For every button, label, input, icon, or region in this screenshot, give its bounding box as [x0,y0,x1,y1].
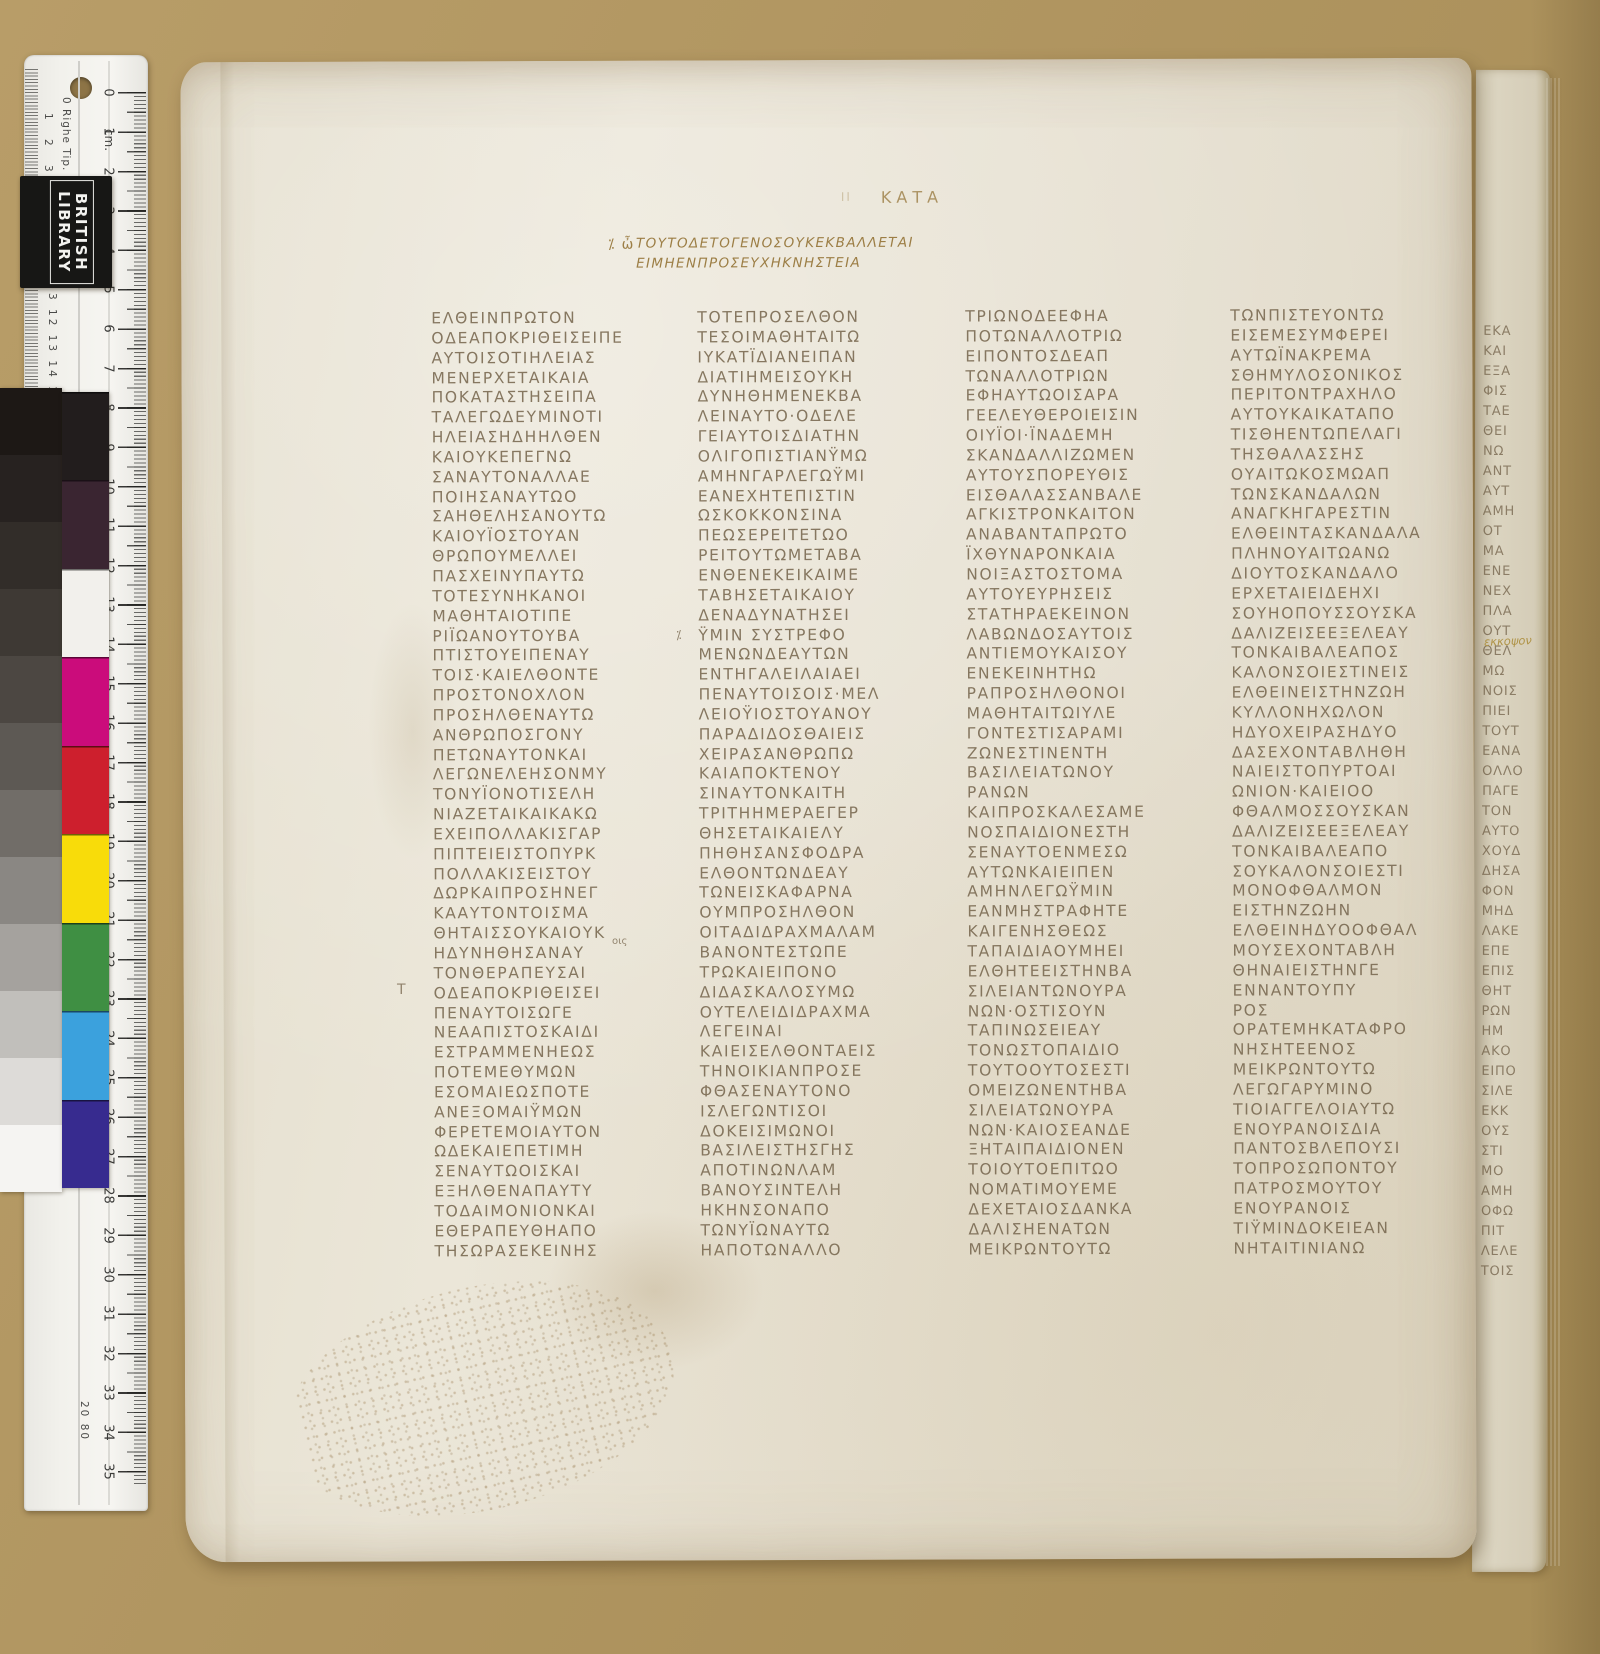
text-line: ΠΑΤΡΟΣΜΟΥΤΟΥ [1233,1179,1473,1200]
text-line: ΔΕΝΑΔΥΝΑΤΗΣΕΙ [698,605,938,626]
label-line-library: LIBRARY [55,191,72,273]
text-line: ΑΠΟΤΙΝΩΝΛΑΜ [700,1161,940,1182]
text-line: ΤΟΤΕΣΥΝΗΚΑΝΟΙ [432,586,672,607]
text-line: ΟΙΤΑΔΙΔΡΑΧΜΑΛΑΜ [699,923,939,944]
text-line: ΝΩΝ·ΟΣΤΙΣΟΥΝ [968,1001,1208,1022]
text-line: ΠΕΩΣΕΡΕΙΤΕΤΩΟ [698,526,938,547]
text-line: ΕΙΣΕΜΕΣΥΜΦΕΡΕΙ [1230,326,1470,347]
text-line: ΡΑΠΡΟΣΗΛΘΟΝΟΙ [967,684,1207,705]
ruler-cm-number: 34 [101,1416,116,1448]
edge-text-fragment: ΕΠΕ [1482,942,1544,962]
text-line: ΑΜΗΝΛΕΓΩΫΜΙΝ [967,882,1207,903]
text-line: ΜΟΥΣΕΧΟΝΤΑΒΛΗ [1232,941,1472,962]
text-line: ΕΙΣΤΗΝΖΩΗΝ [1232,901,1472,922]
text-line: ΓΕΙΑΥΤΟΙΣΔΙΑΤΗΝ [698,427,938,448]
text-line: ΤΟΝΘΕΡΑΠΕΥΣΑΙ [434,963,674,984]
text-line: ΑΓΚΙΣΤΡΟΝΚΑΙΤΟΝ [966,505,1206,526]
text-line: ΕΙΣΘΑΛΑΣΣΑΝΒΑΛΕ [966,485,1206,506]
text-line: ΣΙΛΕΙΑΤΩΝΟΥΡΑ [968,1100,1208,1121]
text-line: ΑΥΤΟΥΣΠΟΡΕΥΘΙΣ [966,465,1206,486]
edge-text-fragment: ΦΟΝ [1482,882,1544,902]
text-line: ΤΩΝΑΛΛΟΤΡΙΩΝ [965,366,1205,387]
text-line: ΛΑΒΩΝΔΟΣΑΥΤΟΙΣ [966,624,1206,645]
text-line: ΑΝΑΓΚΗΓΑΡΕΣΤΙΝ [1231,504,1471,525]
text-line: ΜΑΘΗΤΑΙΟΤΙΠΕ [432,606,672,627]
text-column-4: ΤΩΝΠΙΣΤΕΥΟΝΤΩΕΙΣΕΜΕΣΥΜΦΕΡΕΙΑΥΤΩΪΝΑΚΡΕΜΑΣ… [1230,306,1473,1259]
text-line: ΤΙΫΜΙΝΔΟΚΕΙΕΑΝ [1233,1219,1473,1240]
text-line: ΘΡΩΠΟΥΜΕΛΛΕΙ [432,547,672,568]
ruler-unit-label: cm. [102,129,116,151]
text-line: ΕΛΘΕΙΝΕΙΣΤΗΝΖΩΗ [1232,683,1472,704]
edge-text-fragment: ΔΗΣΑ [1482,862,1544,882]
running-title: ΚΑΤΑ [881,188,943,207]
text-line: ΕΛΘΟΝΤΩΝΔΕΑΥ [699,863,939,884]
edge-text-fragment: ΜΑ [1483,542,1545,562]
edge-text-fragment: ΕΑΝΑ [1482,742,1544,762]
text-line: ΚΑΙΓΕΝΗΣΘΕΩΣ [967,922,1207,943]
text-line: ΔΙΟΥΤΟΣΚΑΝΔΑΛΟ [1231,564,1471,585]
marginal-mark: οις [612,936,627,947]
ruler-side-numbers-bottom: 20 80 [78,1401,90,1441]
text-line: ΑΜΗΝΓΑΡΛΕΓΩΫΜΙ [698,466,938,487]
text-line: ΠΕΤΩΝΑΥΤΟΝΚΑΙ [433,745,673,766]
text-line: ΔΙΑΤΙΗΜΕΙΣΟΥΚΗ [697,367,937,388]
text-line: ΝΟΜΑΤΙΜΟΥΕΜΕ [968,1180,1208,1201]
text-line: ΕΧΕΙΠΟΛΛΑΚΙΣΓΑΡ [433,824,673,845]
rubric-line-1: ΤΟΥΤΟΔΕΤΟΓΕΝΟΣΟΥΚΕΚΒΑΛΛΕΤΑΙ [636,233,914,254]
text-line: ΤΗΝΟΙΚΙΑΝΠΡΟΣΕ [700,1062,940,1083]
text-line: ΝΙΑΖΕΤΑΙΚΑΙΚΑΚΩ [433,805,673,826]
manuscript-page: ΙΙ ΚΑΤΑ ⁒ ὦ ΤΟΥΤΟΔΕΤΟΓΕΝΟΣΟΥΚΕΚΒΑΛΛΕΤΑΙ … [180,58,1476,1562]
text-line: ΕΡΧΕΤΑΙΕΙΔΕΗΧΙ [1231,584,1471,605]
edge-text-fragment: ΤΟΝ [1482,802,1544,822]
edge-text-fragment: ΑΝΤ [1483,462,1545,482]
text-line: ΓΟΝΤΕΣΤΙΣΑΡΑΜΙ [967,723,1207,744]
under-page-text-fragments: ΕΚΑΚΑΙΕΞΑΦΙΣΤΑΕΘΕΙΝΩΑΝΤΑΥΤΑΜΗΟΤΜΑΕΝΕΝΕΧΠ… [1481,322,1546,1282]
text-line: ΑΝΕΞΟΜΑΙΫΜΩΝ [434,1102,674,1123]
color-patch [62,1011,109,1099]
text-line: ΔΥΝΗΘΗΜΕΝΕΚΒΑ [698,387,938,408]
text-line: ΟΥΑΙΤΩΚΟΣΜΩΑΠ [1231,465,1471,486]
parchment-stain [544,1210,765,1371]
text-line: ΝΩΝ·ΚΑΙΟΣΕΑΝΔΕ [968,1120,1208,1141]
text-line: ΠΟΙΗΣΑΝΑΥΤΩΟ [432,487,672,508]
edge-text-fragment: ΣΙΛΕ [1481,1082,1543,1102]
text-line: ΕΙΠΟΝΤΟΣΔΕΑΠ [965,346,1205,367]
text-line: ΣΙΝΑΥΤΟΝΚΑΙΤΗ [699,784,939,805]
text-line: ΕΞΗΛΘΕΝΑΠΑΥΤΥ [434,1182,674,1203]
text-line: ΚΑΙΕΙΣΕΛΘΟΝΤΑΕΙΣ [700,1042,940,1063]
ruler-cm-number: 31 [101,1298,116,1330]
edge-text-fragment: ΗΜ [1481,1022,1543,1042]
ruler-cm-number: 32 [101,1337,116,1369]
text-column-2: ΤΟΤΕΠΡΟΣΕΛΘΟΝΤΕΣΟΙΜΑΘΗΤΑΙΤΩΙΥΚΑΤΪΔΙΑΝΕΙΠ… [697,308,940,1261]
text-line: ΝΟΙΞΑΣΤΟΣΤΟΜΑ [966,565,1206,586]
text-line: ΤΑΒΗΣΕΤΑΙΚΑΙΟΥ [698,585,938,606]
grayscale-calibration-wedge [0,388,62,1192]
color-patch [62,480,109,568]
rubric-line-2: ΕΙΜΗΕΝΠΡΟΣΕΥΧΗΚΝΗΣΤΕΙΑ [636,253,914,274]
corrector-rubric: ⁒ ὦ ΤΟΥΤΟΔΕΤΟΓΕΝΟΣΟΥΚΕΚΒΑΛΛΕΤΑΙ ΕΙΜΗΕΝΠΡ… [636,233,914,274]
grayscale-step [0,1125,62,1192]
grayscale-step [0,656,62,723]
text-line: ΛΕΓΩΓΑΡΥΜΙΝΟ [1233,1080,1473,1101]
edge-text-fragment: ΕΙΠΟ [1481,1062,1543,1082]
grayscale-step [0,790,62,857]
grayscale-step [0,589,62,656]
text-line: ΠΑΝΤΟΣΒΛΕΠΟΥΣΙ [1233,1139,1473,1160]
text-line: ΒΑΣΙΛΕΙΣΤΗΣΓΗΣ [700,1141,940,1162]
marginal-mark: Τ [397,982,406,998]
text-line: ΘΗΣΕΤΑΙΚΑΙΕΛΥ [699,824,939,845]
ruler-cm-number: 29 [101,1219,116,1251]
text-line: ΡΙΪΩΑΝΟΥΤΟΥΒΑ [432,626,672,647]
text-line: ΤΟΠΡΟΣΩΠΟΝΤΟΥ [1233,1159,1473,1180]
edge-text-fragment: ΑΜΗ [1483,502,1545,522]
text-line: ΟΔΕΑΠΟΚΡΙΘΕΙΣΕΙΠΕ [431,328,671,349]
edge-text-fragment: ΤΟΥΤ [1482,722,1544,742]
edge-text-fragment: ΦΙΣ [1483,382,1545,402]
text-line: ΠΟΛΛΑΚΙΣΕΙΣΤΟΥ [433,864,673,885]
text-line: ΤΡΩΚΑΙΕΙΠΟΝΟ [700,962,940,983]
text-line: ΒΑΝΟΝΤΕΣΤΩΠΕ [699,943,939,964]
edge-text-fragment: ΑΥΤ [1483,482,1545,502]
edge-text-fragment: ΠΙΕΙ [1482,702,1544,722]
text-line: ΡΟΣ [1233,1000,1473,1021]
text-line: ΑΝΤΙΕΜΟΥΚΑΙΣΟΥ [966,644,1206,665]
text-line: ΜΟΝΟΦΘΑΛΜΟΝ [1232,881,1472,902]
text-line: ΕΛΘΕΙΝΗΔΥΟΟΦΘΑΛ [1232,921,1472,942]
color-patch [62,1100,109,1188]
text-line: ΚΑΙΟΥΪΟΣΤΟΥΑΝ [432,527,672,548]
color-patch [62,923,109,1011]
text-line: ΕΑΝΜΗΣΤΡΑΦΗΤΕ [967,902,1207,923]
edge-text-fragment: ΟΥΣ [1481,1122,1543,1142]
text-line: ΤΟΤΕΠΡΟΣΕΛΘΟΝ [697,308,937,329]
text-line: ΩΔΕΚΑΙΕΠΕΤΙΜΗ [434,1142,674,1163]
text-line: ΤΡΙΩΝΟΔΕΕΦΗΑ [965,307,1205,328]
color-calibration-strip [62,392,109,1188]
text-line: ΘΗΝΑΙΕΙΣΤΗΝΓΕ [1233,961,1473,982]
text-line: ΕΝΘΕΝΕΚΕΙΚΑΙΜΕ [698,566,938,587]
text-line: ΠΗΘΗΣΑΝΣΦΟΔΡΑ [699,843,939,864]
text-line: ΕΝΟΥΡΑΝΟΙΣ [1233,1199,1473,1220]
label-line-british: BRITISH [72,191,89,273]
edge-text-fragment: ΜΩ [1482,662,1544,682]
text-line: ΜΕΙΚΡΩΝΤΟΥΤΩ [969,1239,1209,1260]
edge-text-fragment: ΑΚΟ [1481,1042,1543,1062]
text-line: ΚΥΛΛΟΝΗΧΩΛΟΝ [1232,703,1472,724]
text-line: ΛΕΙΟΫΙΟΣΤΟΥΑΝΟΥ [699,704,939,725]
text-line: ΜΕΝΕΡΧΕΤΑΙΚΑΙΑ [431,368,671,389]
text-line: ΙΥΚΑΤΪΔΙΑΝΕΙΠΑΝ [697,347,937,368]
text-line: ΤΙΟΙΑΓΓΕΛΟΙΑΥΤΩ [1233,1100,1473,1121]
text-line: ΧΕΙΡΑΣΑΝΘΡΩΠΩ [699,744,939,765]
text-line: ΣΙΛΕΙΑΝΤΩΝΟΥΡΑ [968,981,1208,1002]
edge-text-fragment: ΟΤ [1483,522,1545,542]
text-line: ΠΡΟΣΤΟΝΟΧΛΟΝ [433,686,673,707]
edge-text-fragment: ΣΤΙ [1481,1142,1543,1162]
text-line: ΑΥΤΟΥΚΑΙΚΑΤΑΠΟ [1231,405,1471,426]
text-line: ΤΑΠΑΙΔΙΑΟΥΜΗΕΙ [967,942,1207,963]
text-line: ΤΑΛΕΓΩΔΕΥΜΙΝΟΤΙ [432,408,672,429]
text-line: ΗΔΥΟΧΕΙΡΑΣΗΔΥΟ [1232,722,1472,743]
text-line: ΔΑΣΕΧΟΝΤΑΒΛΗΘΗ [1232,742,1472,763]
under-page-edge: ΕΚΑΚΑΙΕΞΑΦΙΣΤΑΕΘΕΙΝΩΑΝΤΑΥΤΑΜΗΟΤΜΑΕΝΕΝΕΧΠ… [1472,70,1550,1572]
text-line: ΠΟΤΩΝΑΛΛΟΤΡΙΩ [965,327,1205,348]
text-line: ΟΛΙΓΟΠΙΣΤΙΑΝΫΜΩ [698,447,938,468]
text-line: ΑΝΘΡΩΠΟΣΓΟΝΥ [433,725,673,746]
text-line: ΞΗΤΑΙΠΑΙΔΙΟΝΕΝ [968,1140,1208,1161]
text-line: ΤΟΝΥΪΟΝΟΤΙΣΕΛΗ [433,785,673,806]
text-line: ΠΕΡΙΤΟΝΤΡΑΧΗΛΟ [1231,385,1471,406]
text-line: ΡΑΝΩΝ [967,783,1207,804]
edge-text-fragment: ΑΥΤΟ [1482,822,1544,842]
ruler-cm-number: 7 [101,352,116,384]
text-column-3: ΤΡΙΩΝΟΔΕΕΦΗΑΠΟΤΩΝΑΛΛΟΤΡΙΩΕΙΠΟΝΤΟΣΔΕΑΠΤΩΝ… [965,307,1208,1260]
text-line: ΤΡΙΤΗΗΜΕΡΑΕΓΕΡ [699,804,939,825]
text-line: ΕΝΕΚΕΙΝΗΤΗΩ [966,664,1206,685]
edge-text-fragment: ΘΕΙ [1483,422,1545,442]
text-line: ΑΝΑΒΑΝΤΑΠΡΩΤΟ [966,525,1206,546]
edge-text-fragment: ΟΦΩ [1481,1202,1543,1222]
text-line: ΣΚΑΝΔΑΛΛΙΖΩΜΕΝ [966,446,1206,467]
text-line: ΛΕΙΝΑΥΤΟ·ΟΔΕΛΕ [698,407,938,428]
marginal-mark: ⁒ [676,628,681,642]
text-line: ΛΕΓΕΙΝΑΙ [700,1022,940,1043]
edge-text-fragment: ΕΚΚ [1481,1102,1543,1122]
grayscale-step [0,522,62,589]
text-line: ΝΑΙΕΙΣΤΟΠΥΡΤΟΑΙ [1232,762,1472,783]
text-line: ΠΤΙΣΤΟΥΕΙΠΕΝΑΥ [432,646,672,667]
text-line: ΤΩΝΣΚΑΝΔΑΛΩΝ [1231,484,1471,505]
margin-gloss: εκκοψον [1484,633,1532,649]
text-line: ΜΑΘΗΤΑΙΤΩΙΥΛΕ [967,704,1207,725]
grayscale-step [0,455,62,522]
text-line: ΤΩΝΠΙΣΤΕΥΟΝΤΩ [1230,306,1470,327]
text-line: ΒΑΝΟΥΣΙΝΤΕΛΗ [700,1181,940,1202]
text-line: ΙΣΛΕΓΩΝΤΙΣΟΙ [700,1101,940,1122]
ruler-cm-number: 30 [101,1259,116,1291]
text-line: ΟΡΑΤΕΜΗΚΑΤΑΦΡΟ [1233,1020,1473,1041]
text-line: ΤΟΥΤΟΟΥΤΟΣΕΣΤΙ [968,1061,1208,1082]
text-line: ΣΑΗΘΕΛΗΣΑΝΟΥΤΩ [432,507,672,528]
text-column-1: ΕΛΘΕΙΝΠΡΩΤΟΝΟΔΕΑΠΟΚΡΙΘΕΙΣΕΙΠΕΑΥΤΟΙΣΟΤΙΗΛ… [431,309,674,1262]
text-line: ΒΑΣΙΛΕΙΑΤΩΝΟΥ [967,763,1207,784]
grayscale-step [0,1058,62,1125]
ruler-cm-number: 0 [101,77,116,109]
text-line: ΠΑΡΑΔΙΔΟΣΘΑΙΕΙΣ [699,724,939,745]
text-line: ΕΛΘΗΤΕΕΙΣΤΗΝΒΑ [968,962,1208,983]
text-line: ΣΕΝΑΥΤΟΕΝΜΕΣΩ [967,842,1207,863]
edge-text-fragment: ΠΑΓΕ [1482,782,1544,802]
text-line: ΣΕΝΑΥΤΩΟΙΣΚΑΙ [434,1162,674,1183]
text-line: ΡΕΙΤΟΥΤΩΜΕΤΑΒΑ [698,546,938,567]
text-line: ΔΙΔΑΣΚΑΛΟΣΥΜΩ [700,982,940,1003]
text-line: ΔΕΧΕΤΑΙΟΣΔΑΝΚΑ [968,1200,1208,1221]
text-line: ΟΥΤΕΛΕΙΔΙΔΡΑΧΜΑ [700,1002,940,1023]
photo-stage: ΕΚΑΚΑΙΕΞΑΦΙΣΤΑΕΘΕΙΝΩΑΝΤΑΥΤΑΜΗΟΤΜΑΕΝΕΝΕΧΠ… [0,0,1600,1654]
text-line: ΔΑΛΙΖΕΙΣΕΕΞΕΛΕΑΥ [1231,623,1471,644]
edge-text-fragment: ΘΗΤ [1482,982,1544,1002]
text-line: ΠΕΝΑΥΤΟΙΣΟΙΣ·ΜΕΛ [699,685,939,706]
text-line: ΤΟΙΣ·ΚΑΙΕΛΘΟΝΤΕ [432,666,672,687]
text-line: ΟΥΜΠΡΟΣΗΛΘΟΝ [699,903,939,924]
text-line: ΚΑΛΟΝΣΟΙΕΣΤΙΝΕΙΣ [1231,663,1471,684]
text-line: ΗΛΕΙΑΣΗΔΗΗΛΘΕΝ [432,428,672,449]
text-line: ΕΛΘΕΙΝΠΡΩΤΟΝ [431,309,671,330]
text-line: ΣΑΝΑΥΤΟΝΑΛΛΑΕ [432,467,672,488]
edge-text-fragment: ΡΩΝ [1481,1002,1543,1022]
edge-text-fragment: ΟΛΛΟ [1482,762,1544,782]
color-patch [62,746,109,834]
text-line: ΤΟΝΩΣΤΟΠΑΙΔΙΟ [968,1041,1208,1062]
text-line: ΠΟΤΕΜΕΘΥΜΩΝ [434,1063,674,1084]
text-line: ΣΟΥΗΟΠΟΥΣΣΟΥΣΚΑ [1231,603,1471,624]
edge-text-fragment: ΕΚΑ [1483,322,1545,342]
text-line: ΕΝΝΑΝΤΟΥΠΥ [1233,980,1473,1001]
edge-text-fragment: ΝΩ [1483,442,1545,462]
edge-text-fragment: ΕΠΙΣ [1482,962,1544,982]
text-line: ΠΙΠΤΕΙΕΙΣΤΟΠΥΡΚ [433,844,673,865]
text-line: ΚΑΙΑΠΟΚΤΕΝΟΥ [699,764,939,785]
text-line: ΑΥΤΩΪΝΑΚΡΕΜΑ [1230,345,1470,366]
parchment-stain [367,601,458,861]
text-line: ΖΩΝΕΣΤΙΝΕΝΤΗ [967,743,1207,764]
text-line: ΣΘΗΜΥΛΟΣΟΝΙΚΟΣ [1230,365,1470,386]
edge-text-fragment: ΛΑΚΕ [1482,922,1544,942]
text-line: ΤΙΣΘΗΕΝΤΩΠΕΛΑΓΙ [1231,425,1471,446]
text-line: ΤΟΝΚΑΙΒΑΛΕΑΠΟ [1232,842,1472,863]
edge-text-fragment: ΝΕΧ [1483,582,1545,602]
text-line: ΪΧΘΥΝΑΡΟΝΚΑΙΑ [966,545,1206,566]
edge-text-fragment: ΜΗΔ [1482,902,1544,922]
text-line: ΤΕΣΟΙΜΑΘΗΤΑΙΤΩ [697,327,937,348]
text-line: ΔΟΚΕΙΣΙΜΩΝΟΙ [700,1121,940,1142]
text-line: ΠΟΚΑΤΑΣΤΗΣΕΙΠΑ [432,388,672,409]
text-line: ΠΑΣΧΕΙΝΥΠΑΥΤΩ [432,567,672,588]
edge-text-fragment: ΑΜΗ [1481,1182,1543,1202]
text-line: ΤΟΙΟΥΤΟΕΠΙΤΩΟ [968,1160,1208,1181]
text-line: ΔΑΛΙΖΕΙΣΕΕΞΕΛΕΑΥ [1232,822,1472,843]
text-line: ΚΑΙΠΡΟΣΚΑΛΕΣΑΜΕ [967,803,1207,824]
text-line: ΕΦΗΑΥΤΩΟΙΣΑΡΑ [966,386,1206,407]
text-line: ΚΑΙΟΥΚΕΠΕΓΝΩ [432,447,672,468]
edge-text-fragment: ΠΙΤ [1481,1222,1543,1242]
text-line: ΝΟΣΠΑΙΔΙΟΝΕΣΤΗ [967,823,1207,844]
text-line: ΜΕΝΩΝΔΕΑΥΤΩΝ [698,645,938,666]
text-line: ΗΔΥΝΗΘΗΣΑΝΑΥ [433,944,673,965]
text-line: ΣΤΑΤΗΡΑΕΚΕΙΝΟΝ [966,604,1206,625]
grayscale-step [0,991,62,1058]
text-line: ΑΥΤΟΥΕΥΡΗΣΕΙΣ [966,584,1206,605]
text-line: ΑΥΤΩΝΚΑΙΕΙΠΕΝ [967,862,1207,883]
grayscale-step [0,388,62,455]
edge-text-fragment: ΕΝΕ [1483,562,1545,582]
text-line: ΠΛΗΝΟΥΑΙΤΩΑΝΩ [1231,544,1471,565]
text-line: ΕΝΟΥΡΑΝΟΙΣΔΙΑ [1233,1119,1473,1140]
text-line: ΕΝΤΗΓΑΛΕΙΛΑΙΑΕΙ [698,665,938,686]
text-line: ΩΝΙΟΝ·ΚΑΙΕΙΟΟ [1232,782,1472,803]
text-line: ΘΗΤΑΙΣΣΟΥΚΑΙΟΥΚ [433,924,673,945]
edge-text-fragment: ΤΑΕ [1483,402,1545,422]
text-line: ΜΕΙΚΡΩΝΤΟΥΤΩ [1233,1060,1473,1081]
text-line: ΦΘΑΣΕΝΑΥΤΟΝΟ [700,1082,940,1103]
rubric-marker: ⁒ ὦ [608,235,635,255]
text-line: ΔΑΛΙΣΗΕΝΑΤΩΝ [968,1219,1208,1240]
text-line: ΕΣΟΜΑΙΕΩΣΠΟΤΕ [434,1082,674,1103]
grayscale-step [0,723,62,790]
grayscale-step [0,857,62,924]
text-line: ΤΩΝΕΙΣΚΑΦΑΡΝΑ [699,883,939,904]
color-patch [62,569,109,657]
text-line: ΝΗΤΑΙΤΙΝΙΑΝΩ [1234,1238,1474,1259]
text-line: ΝΕΑΑΠΙΣΤΟΣΚΑΙΔΙ [434,1023,674,1044]
edge-text-fragment: ΠΛΑ [1483,602,1545,622]
text-line: ΣΟΥΚΑΛΟΝΣΟΙΕΣΤΙ [1232,861,1472,882]
text-line: ΗΚΗΝΣΟΝΑΠΟ [700,1201,940,1222]
color-patch [62,392,109,480]
ruler-cm-number: 6 [101,313,116,345]
text-line: ΤΗΣΘΑΛΑΣΣΗΣ [1231,445,1471,466]
text-line: ΔΩΡΚΑΙΠΡΟΣΗΝΕΓ [433,884,673,905]
text-line: ΟΙΥΪΟΙ·ΪΝΑΔΕΜΗ [966,426,1206,447]
page-fold-shading [220,62,239,1562]
grayscale-step [0,924,62,991]
edge-text-fragment: ΕΞΑ [1483,362,1545,382]
text-line: ΟΔΕΑΠΟΚΡΙΘΕΙΣΕΙ [434,983,674,1004]
british-library-label: BRITISH LIBRARY [20,176,112,288]
text-line: ΫΜΙΝ ΣΥΣΤΡΕΦΟ [698,625,938,646]
ruler-cm-number: 33 [101,1377,116,1409]
text-line: ΦΕΡΕΤΕΜΟΙΑΥΤΟΝ [434,1122,674,1143]
edge-text-fragment: ΚΑΙ [1483,342,1545,362]
text-line: ΛΕΓΩΝΕΛΕΗΣΟΝΜΥ [433,765,673,786]
text-line: ΓΕΕΛΕΥΘΕΡΟΙΕΙΣΙΝ [966,406,1206,427]
text-line: ΕΑΝΕΧΗΤΕΠΙΣΤΙΝ [698,486,938,507]
british-library-label-text: BRITISH LIBRARY [50,180,94,284]
ruler-cm-number: 35 [101,1456,116,1488]
edge-text-fragment: ΝΟΙΣ [1482,682,1544,702]
text-line: ΤΟΝΚΑΙΒΑΛΕΑΠΟΣ [1231,643,1471,664]
text-line: ΕΛΘΕΙΝΤΑΣΚΑΝΔΑΛΑ [1231,524,1471,545]
quire-mark: ΙΙ [841,190,852,204]
text-line: ΠΡΟΣΗΛΘΕΝΑΥΤΩ [433,705,673,726]
text-line: ΕΣΤΡΑΜΜΕΝΗΕΩΣ [434,1043,674,1064]
edge-text-fragment: ΛΕΛΕ [1481,1242,1543,1262]
text-line: ΚΑΑΥΤΟΝΤΟΙΣΜΑ [433,904,673,925]
text-line: ΟΜΕΙΖΩΝΕΝΤΗΒΑ [968,1081,1208,1102]
book-fore-edge [1546,78,1562,1566]
ruler-side-label: 0 Righe Tip. 1 [60,97,72,183]
edge-text-fragment: ΜΟ [1481,1162,1543,1182]
color-patch [62,834,109,922]
text-line: ΩΣΚΟΚΚΟΝΣΙΝΑ [698,506,938,527]
edge-text-fragment: ΧΟΥΔ [1482,842,1544,862]
text-line: ΤΑΠΙΝΩΣΕΙΕΑΥ [968,1021,1208,1042]
text-line: ΝΗΣΗΤΕΕΝΟΣ [1233,1040,1473,1061]
edge-text-fragment: ΤΟΙΣ [1481,1262,1543,1282]
text-line: ΠΕΝΑΥΤΟΙΣΩΓΕ [434,1003,674,1024]
text-line: ΑΥΤΟΙΣΟΤΙΗΛΕΙΑΣ [431,348,671,369]
text-line: ΦΘΑΛΜΟΣΣΟΥΣΚΑΝ [1232,802,1472,823]
color-patch [62,657,109,745]
